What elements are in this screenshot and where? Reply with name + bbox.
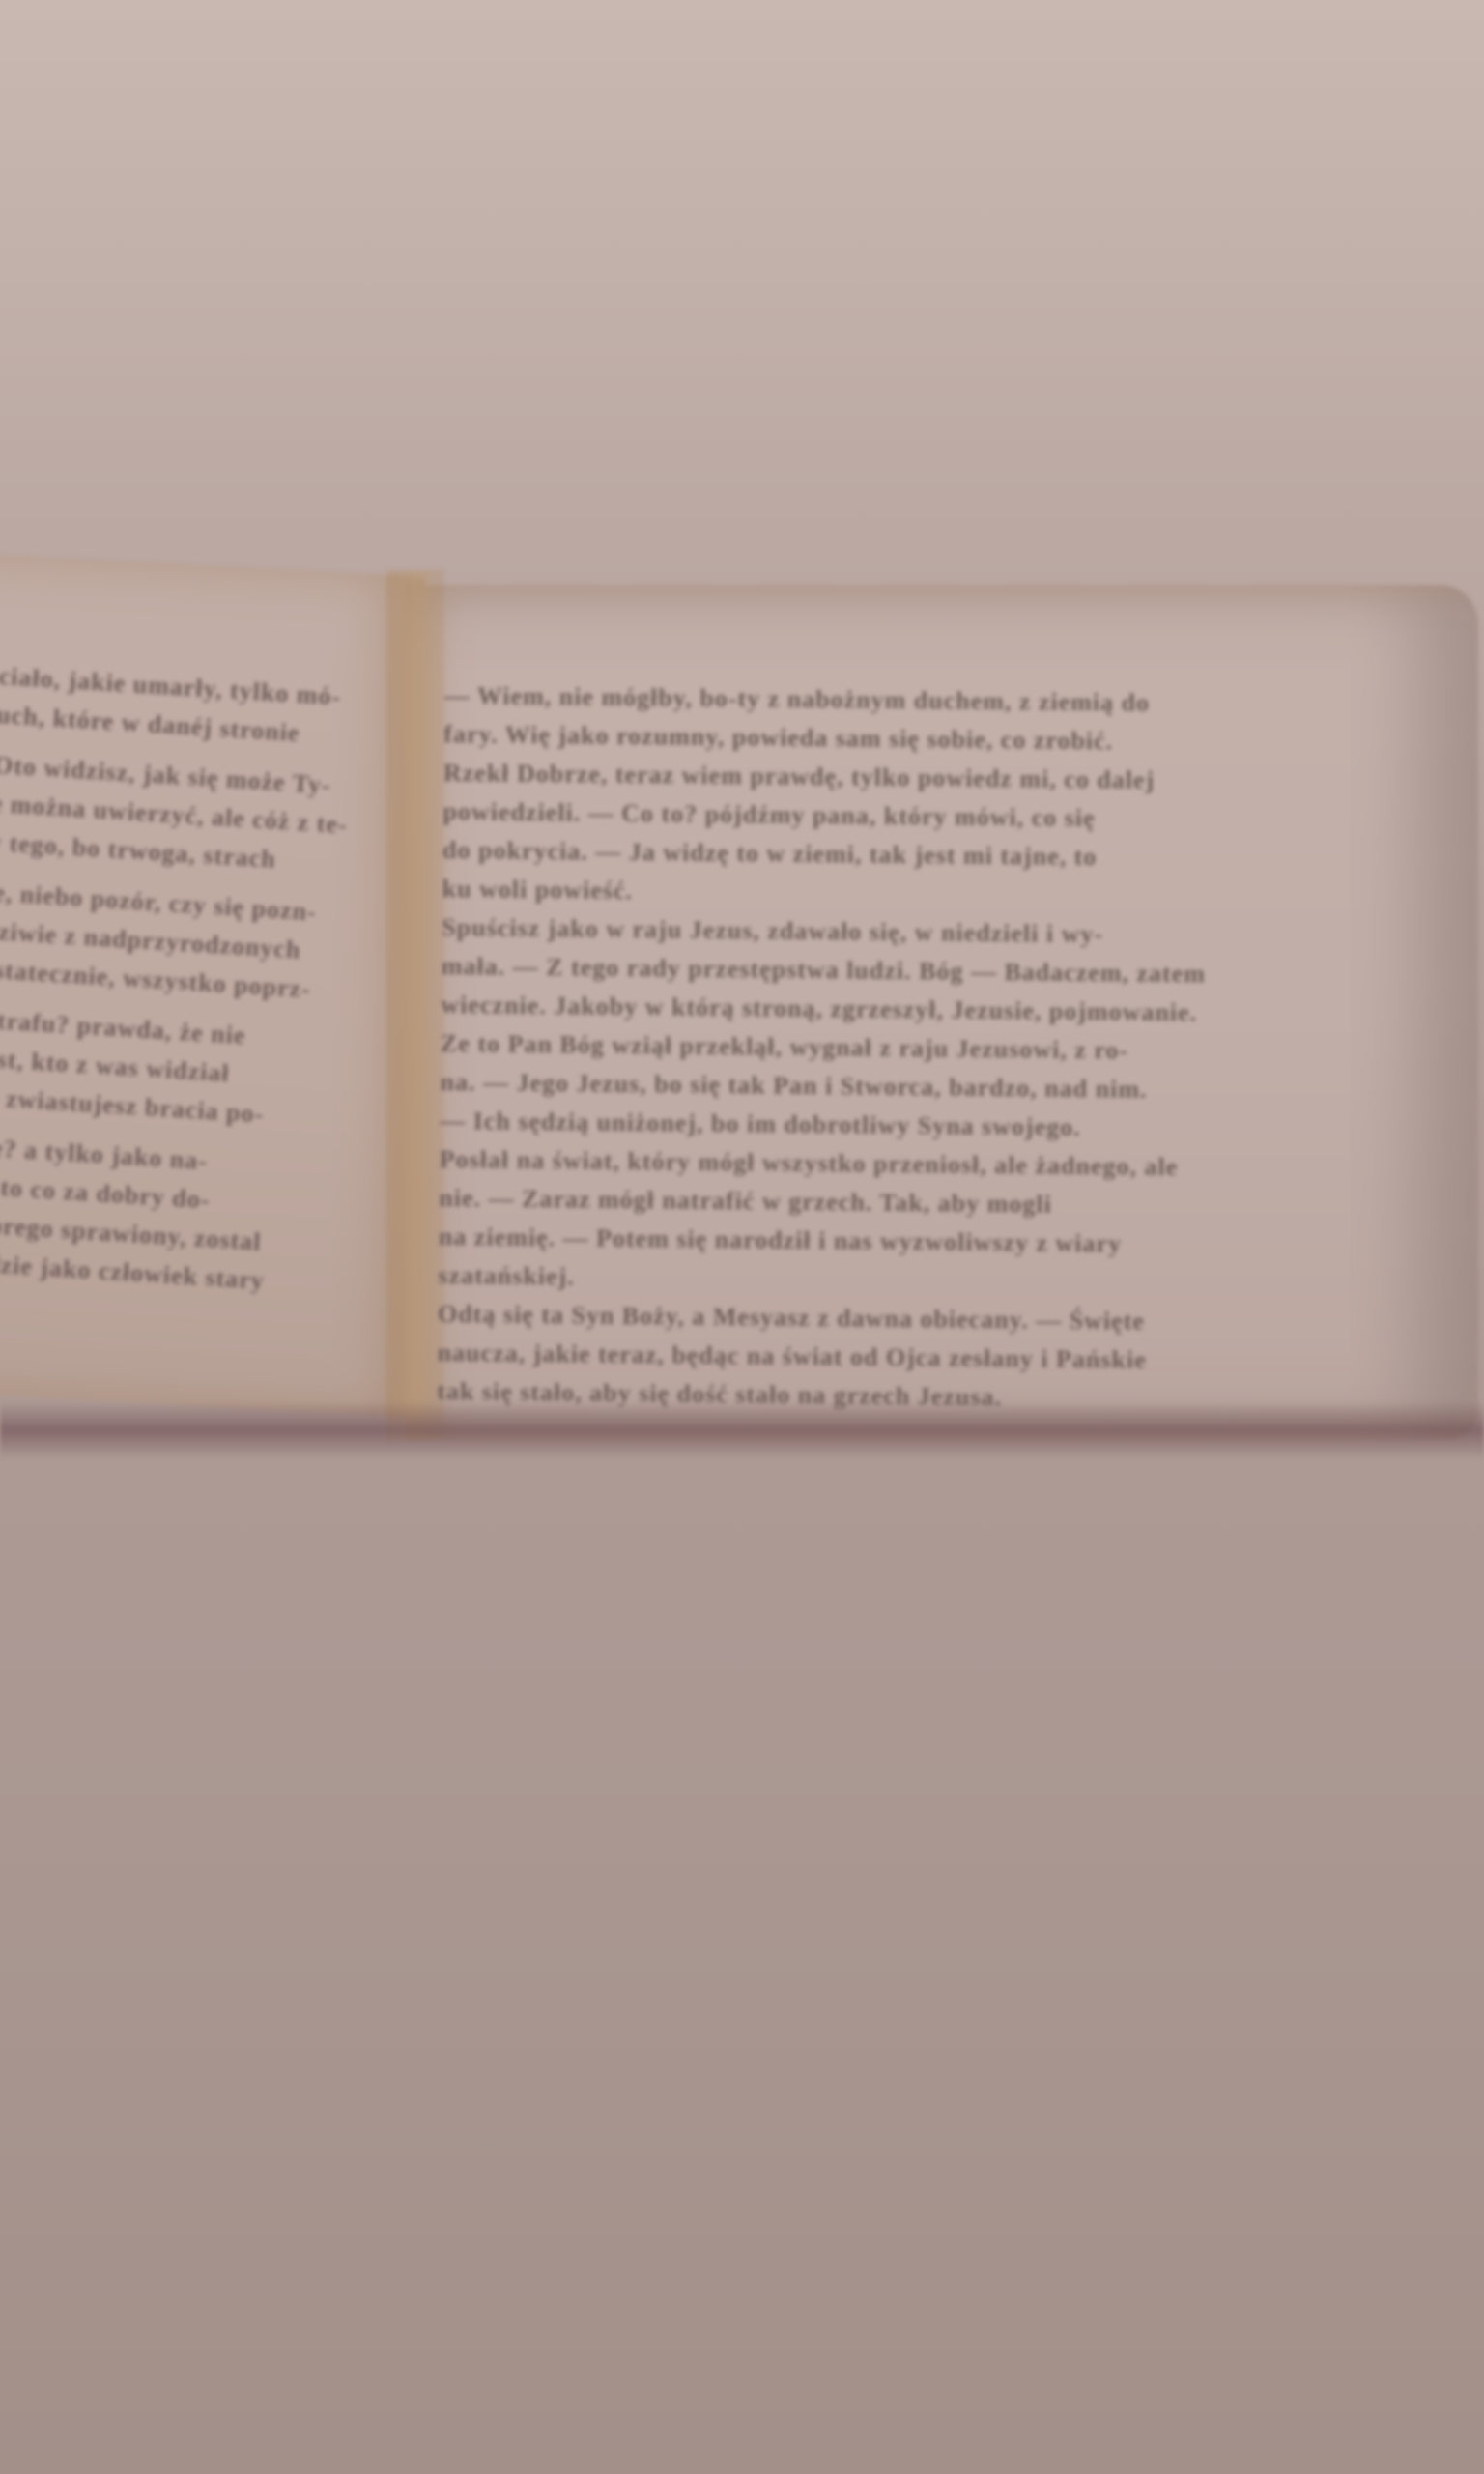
left-page-text: ciało, jakie umarły, tylko mó- uch, któr…	[0, 657, 414, 1308]
right-page-text: — Wiem, nie mógłby, bo-ty z nabożnym duc…	[437, 676, 1411, 1421]
photo-scene: ciało, jakie umarły, tylko mó- uch, któr…	[0, 0, 1484, 2474]
